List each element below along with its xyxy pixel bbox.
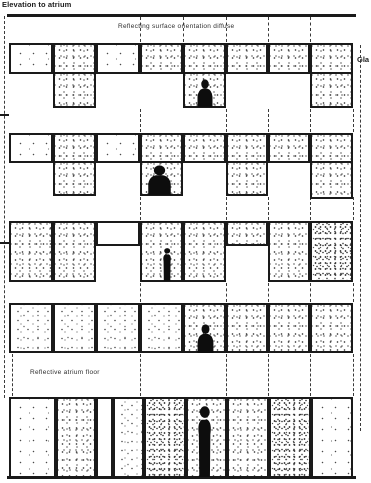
grid-dash-line [140, 109, 141, 132]
grid-dash-line [226, 17, 227, 42]
grid-dash-line [183, 17, 184, 42]
roof-line [7, 14, 356, 17]
facade-panel [96, 133, 140, 163]
grid-dash-line [140, 197, 141, 220]
grid-dash-line [268, 109, 269, 132]
glass-label: Gla [357, 55, 369, 64]
grid-dash-line [140, 17, 141, 42]
grid-dash-line [268, 17, 269, 42]
facade-panel [226, 303, 268, 353]
facade-panel [310, 133, 353, 163]
facade-panel [56, 397, 96, 478]
grid-dash-line [268, 283, 269, 302]
facade-panel [9, 133, 53, 163]
facade-panel [268, 303, 310, 353]
level-tick-upper [0, 114, 9, 116]
facade-panel [226, 43, 268, 74]
facade-panel [226, 161, 268, 196]
person-atrium-floor [193, 406, 216, 477]
facade-panel [183, 221, 226, 282]
facade-panel [53, 303, 96, 353]
facade-panel [310, 43, 353, 74]
person-floor-2 [196, 79, 214, 107]
ground-line [7, 476, 356, 479]
grid-dash-line [12, 354, 13, 396]
grid-dash-line [268, 197, 269, 220]
facade-panel [183, 133, 226, 163]
facade-panel [140, 133, 183, 163]
facade-panel [140, 43, 183, 74]
grid-dash-line [360, 45, 361, 431]
facade-panel [311, 397, 353, 478]
facade-panel [53, 72, 96, 108]
grid-dash-line [310, 354, 311, 396]
grid-dash-line [140, 283, 141, 302]
facade-panel [269, 397, 311, 478]
facade-panel [226, 221, 268, 246]
grid-dash-line [226, 283, 227, 302]
facade-panel [96, 43, 140, 74]
person-floor-3 [146, 165, 173, 195]
facade-panel [9, 221, 53, 282]
facade-panel [310, 161, 353, 199]
grid-dash-line [353, 283, 354, 302]
grid-dash-line [4, 16, 5, 398]
grid-dash-line [353, 197, 354, 220]
page-title: Elevation to atrium [2, 0, 71, 9]
facade-panel [53, 221, 96, 282]
grid-dash-line [310, 109, 311, 132]
facade-panel [310, 72, 353, 108]
grid-dash-line [310, 283, 311, 302]
facade-panel [268, 43, 310, 74]
elevation-drawing: Elevation to atrium Reflecting surface o… [0, 0, 371, 483]
facade-panel [53, 161, 96, 196]
grid-dash-line [353, 109, 354, 132]
facade-panel [96, 303, 140, 353]
facade-panel [96, 397, 113, 478]
facade-panel [226, 133, 268, 163]
facade-panel [53, 133, 96, 163]
facade-panel [144, 397, 186, 478]
person-floor-4 [160, 248, 174, 281]
grid-dash-line [353, 354, 354, 396]
grid-dash-line [140, 354, 141, 396]
facade-panel [183, 43, 226, 74]
grid-dash-line [226, 109, 227, 132]
facade-panel [96, 221, 140, 246]
facade-panel [227, 397, 269, 478]
facade-panel [268, 221, 310, 282]
person-floor-5 [196, 324, 215, 353]
level-tick-lower [0, 242, 9, 244]
grid-dash-line [268, 354, 269, 396]
facade-panel [268, 133, 310, 163]
facade-panel [310, 221, 353, 282]
facade-panel [9, 397, 56, 478]
atrium-floor-label: Reflective atrium floor [30, 369, 100, 376]
grid-dash-line [226, 197, 227, 220]
facade-panel [53, 43, 96, 74]
grid-dash-line [310, 197, 311, 220]
facade-panel [113, 397, 144, 478]
facade-panel [310, 303, 353, 353]
grid-dash-line [226, 354, 227, 396]
reflecting-surface-label: Reflecting surface orientation diffuse [118, 23, 234, 30]
facade-panel [140, 303, 183, 353]
facade-panel [9, 303, 53, 353]
facade-panel [9, 43, 53, 74]
grid-dash-line [310, 17, 311, 42]
